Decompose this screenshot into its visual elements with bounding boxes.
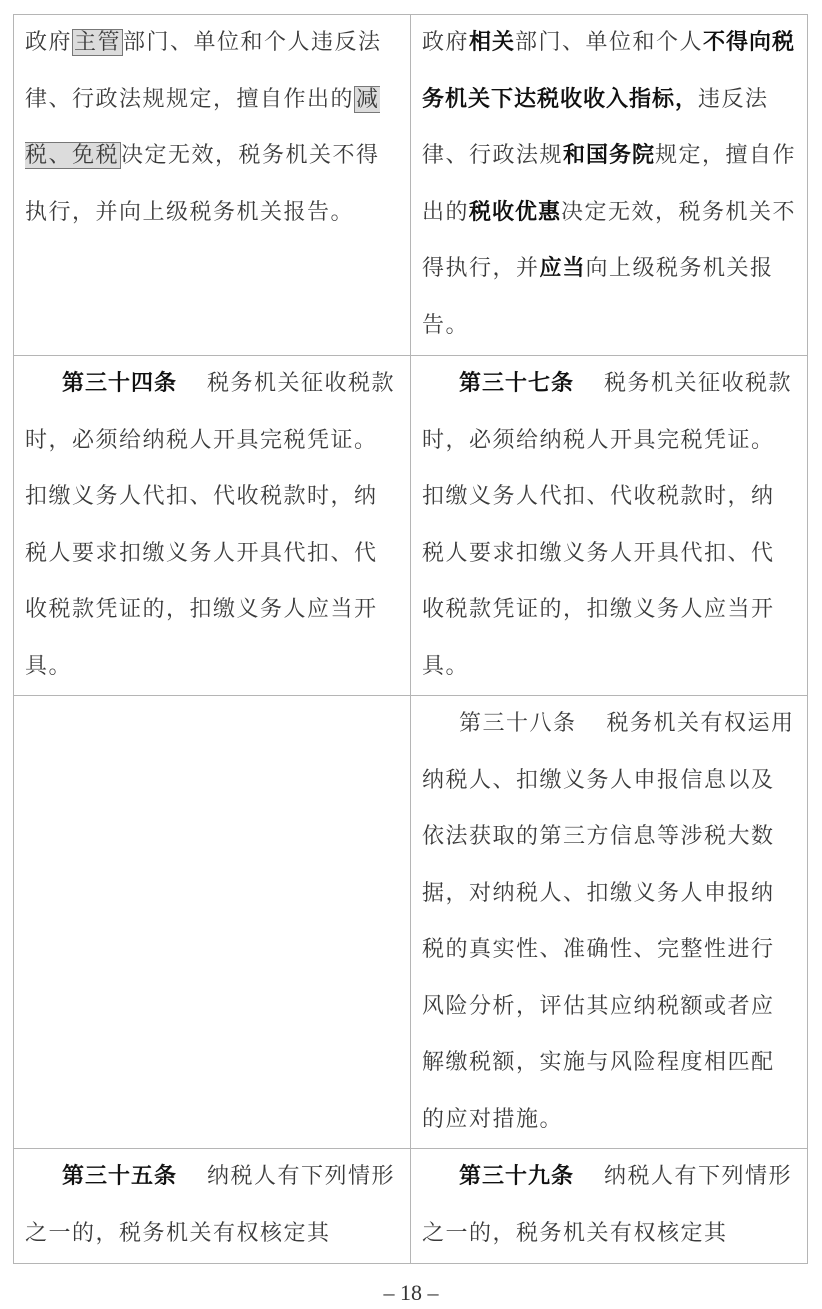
bold-added-text: 和国务院 (563, 143, 655, 168)
revised-text-cell-new-article: 第三十八条税务机关有权运用纳税人、扣缴义务人申报信息以及依法获取的第三方信息等涉… (411, 696, 808, 1149)
law-comparison-table: 政府主管部门、单位和个人违反法律、行政法规规定，擅自作出的减税、免税决定无效，税… (13, 14, 808, 1264)
table-row: 第三十五条纳税人有下列情形之一的，税务机关有权核定其 第三十九条纳税人有下列情形… (14, 1149, 808, 1264)
revised-text-cell: 第三十七条税务机关征收税款时，必须给纳税人开具完税凭证。扣缴义务人代扣、代收税款… (411, 356, 808, 696)
article-number: 第三十五条 (62, 1164, 177, 1189)
text-segment: 部门、单位和个人 (515, 30, 703, 55)
table-row: 政府主管部门、单位和个人违反法律、行政法规规定，擅自作出的减税、免税决定无效，税… (14, 15, 808, 356)
revised-text-cell: 第三十九条纳税人有下列情形之一的，税务机关有权核定其 (411, 1149, 808, 1264)
original-text-cell: 第三十四条税务机关征收税款时，必须给纳税人开具完税凭证。扣缴义务人代扣、代收税款… (14, 356, 411, 696)
original-text-cell: 第三十五条纳税人有下列情形之一的，税务机关有权核定其 (14, 1149, 411, 1264)
original-text-cell: 政府主管部门、单位和个人违反法律、行政法规规定，擅自作出的减税、免税决定无效，税… (14, 15, 411, 356)
page-number: – 18 – (0, 1280, 822, 1306)
bold-added-text: 相关 (469, 30, 515, 55)
original-text-cell-empty (14, 696, 411, 1149)
article-body: 税务机关征收税款时，必须给纳税人开具完税凭证。扣缴义务人代扣、代收税款时，纳税人… (422, 371, 792, 679)
text-segment: 政府 (422, 30, 469, 55)
article-number: 第三十七条 (459, 371, 574, 396)
article-body: 税务机关有权运用纳税人、扣缴义务人申报信息以及依法获取的第三方信息等涉税大数据，… (422, 711, 795, 1132)
article-number: 第三十四条 (62, 371, 177, 396)
highlighted-deleted-text: 主管 (72, 29, 123, 56)
text-segment: 政府 (25, 30, 72, 55)
table-row: 第三十四条税务机关征收税款时，必须给纳税人开具完税凭证。扣缴义务人代扣、代收税款… (14, 356, 808, 696)
article-number: 第三十九条 (459, 1164, 574, 1189)
bold-added-text: 税收优惠 (469, 200, 561, 225)
article-body: 税务机关征收税款时，必须给纳税人开具完税凭证。扣缴义务人代扣、代收税款时，纳税人… (25, 371, 395, 679)
article-number: 第三十八条 (459, 711, 577, 736)
table-row: 第三十八条税务机关有权运用纳税人、扣缴义务人申报信息以及依法获取的第三方信息等涉… (14, 696, 808, 1149)
bold-added-text: 应当 (540, 256, 586, 281)
revised-text-cell: 政府相关部门、单位和个人不得向税务机关下达税收收入指标，违反法律、行政法规和国务… (411, 15, 808, 356)
